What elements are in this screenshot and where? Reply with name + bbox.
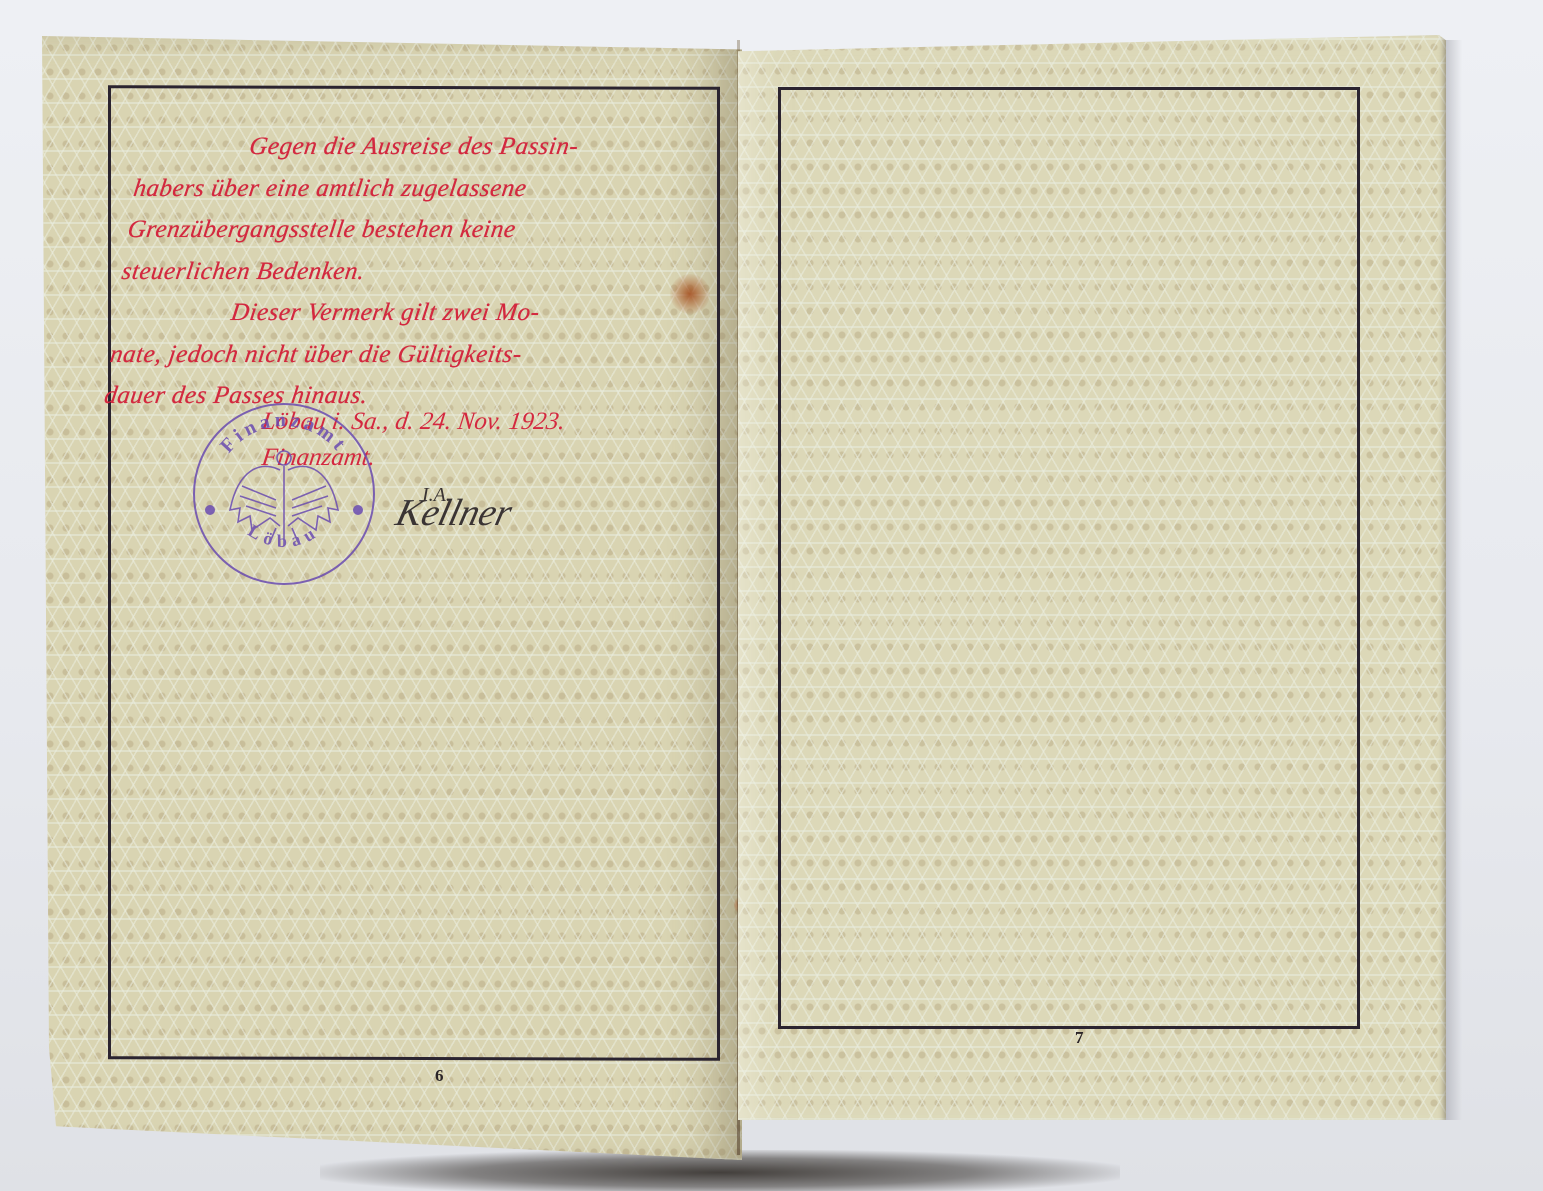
official-signature: Kellner <box>392 491 517 535</box>
endorsement-text: Gegen die Ausreise des Passin- habers üb… <box>102 126 733 417</box>
endorsement-line: Gegen die Ausreise des Passin- <box>137 126 733 168</box>
page-number-right: 7 <box>1075 1028 1084 1048</box>
endorsement-line: habers über eine amtlich zugelassene <box>131 168 727 210</box>
endorsement-line: Dieser Vermerk gilt zwei Mo- <box>113 292 709 334</box>
endorsement-line: nate, jedoch nicht über die Gültigkeits- <box>107 334 703 376</box>
right-page-border-frame <box>778 87 1360 1029</box>
page-number-left: 6 <box>435 1066 444 1086</box>
rust-stain <box>670 274 710 314</box>
endorsement-line: Grenzübergangsstelle bestehen keine <box>125 209 721 251</box>
left-page: Gegen die Ausreise des Passin- habers üb… <box>42 36 742 1160</box>
endorsement-line: steuerlichen Bedenken. <box>119 251 715 293</box>
finanzamt-stamp: Finanzamt Löbau <box>190 400 378 588</box>
eagle-emblem-icon <box>230 451 338 546</box>
svg-text:Finanzamt: Finanzamt <box>216 409 352 457</box>
right-page: 7 <box>738 35 1446 1120</box>
stamp-top-text: Finanzamt <box>216 409 352 457</box>
